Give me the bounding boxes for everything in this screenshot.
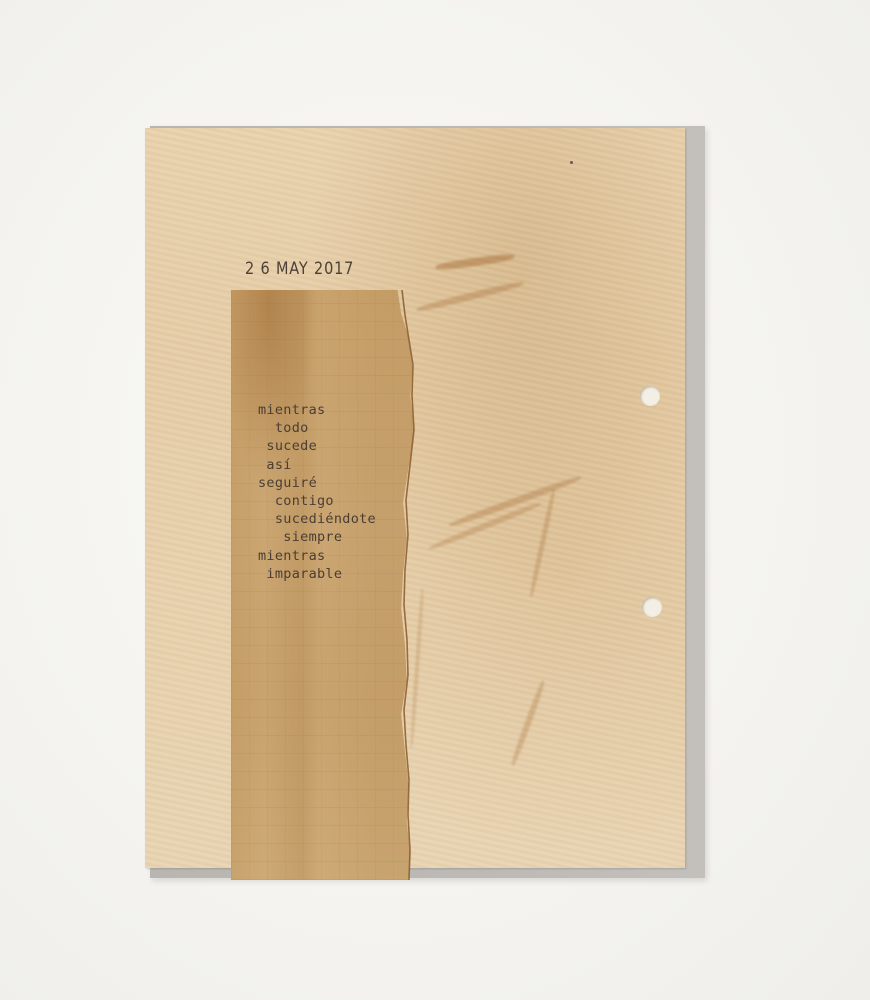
poem-line: sucediéndote	[258, 510, 376, 528]
poem-line: sucede	[258, 437, 376, 455]
poem-line: siempre	[258, 528, 376, 546]
binder-hole-bottom	[642, 597, 662, 617]
poem-line: todo	[258, 419, 376, 437]
poem-line: mientras	[258, 547, 376, 565]
poem-line: seguiré	[258, 474, 376, 492]
poem-line: mientras	[258, 401, 376, 419]
poem-line: imparable	[258, 565, 376, 583]
binder-hole-top	[640, 386, 660, 406]
stain-mark	[435, 252, 515, 271]
torn-edge-line	[398, 290, 420, 880]
stain-mark	[510, 680, 546, 767]
poem-line: contigo	[258, 492, 376, 510]
speck	[570, 161, 573, 164]
torn-paper-strip	[231, 290, 416, 880]
typewritten-poem: mientras todo sucede así seguiré contigo…	[258, 401, 376, 583]
poem-line: así	[258, 456, 376, 474]
stain-mark	[416, 280, 524, 313]
stain-mark	[448, 474, 582, 528]
date-stamp: 2 6 MAY 2017	[245, 259, 354, 279]
